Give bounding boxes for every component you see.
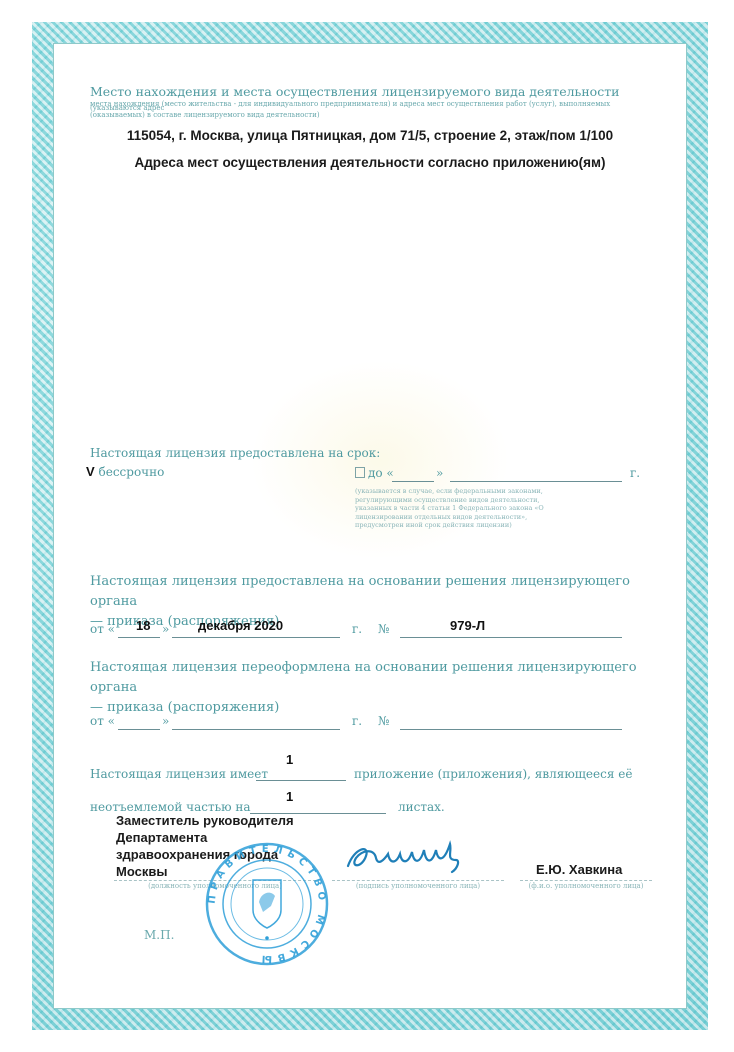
location-heading-note-cont: места нахождения (место жительства - для… — [90, 99, 660, 121]
granted-date-line — [172, 637, 340, 638]
granted-number-label: № — [378, 622, 389, 636]
caption-name: (ф.и.о. уполномоченного лица) — [520, 882, 652, 890]
until-year-suffix: г. — [630, 466, 640, 480]
granted-year-suffix: г. — [352, 622, 362, 636]
until-quote-close: » — [436, 466, 443, 480]
granted-text-line2: — приказа (распоряжения) — [90, 612, 650, 632]
reissued-number-line — [400, 729, 622, 730]
granted-text-line1: Настоящая лицензия предоставлена на осно… — [90, 572, 650, 612]
reissued-text: Настоящая лицензия переоформлена на осно… — [90, 658, 650, 718]
granted-number-line — [400, 637, 622, 638]
addresses-note: Адреса мест осуществления деятельности с… — [90, 155, 650, 170]
signatory-name: Е.Ю. Хавкина — [536, 862, 622, 877]
granted-month-year: декабря 2020 — [198, 618, 283, 633]
position-line-1: Заместитель руководителя — [116, 812, 294, 829]
appendix-count: 1 — [286, 752, 293, 767]
checkbox-until-icon[interactable] — [355, 467, 365, 478]
address: 115054, г. Москва, улица Пятницкая, дом … — [90, 128, 650, 143]
watermark — [250, 360, 510, 560]
appendix-line1-suffix: приложение (приложения), являющееся её — [354, 767, 632, 781]
until-prefix: до « — [368, 466, 394, 480]
until-note: (указывается в случае, если федеральными… — [355, 487, 545, 530]
caption-signature: (подпись уполномоченного лица) — [332, 882, 504, 890]
reissued-text-line2: — приказа (распоряжения) — [90, 698, 650, 718]
seal-label: М.П. — [144, 928, 174, 942]
granted-from-label: от « — [90, 622, 115, 636]
appendix-line2-suffix: листах. — [398, 800, 445, 814]
location-heading-text: Место нахождения и места осуществления л… — [90, 84, 619, 99]
granted-text: Настоящая лицензия предоставлена на осно… — [90, 572, 650, 632]
granted-day: 18 — [136, 618, 150, 633]
signature — [340, 838, 490, 874]
granted-quote-close: » — [162, 622, 169, 636]
term-label: Настоящая лицензия предоставлена на срок… — [90, 446, 380, 460]
until-date-line — [450, 481, 622, 482]
appendix-line1-prefix: Настоящая лицензия имеет — [90, 767, 268, 781]
reissued-text-line1: Настоящая лицензия переоформлена на осно… — [90, 658, 650, 698]
reissued-date-line — [172, 729, 340, 730]
name-line — [520, 880, 652, 881]
official-stamp: ПРАВИТЕЛЬСТВО МОСКВЫ — [205, 842, 329, 966]
term-unlimited-label: бессрочно — [99, 465, 165, 479]
appendix-sheets: 1 — [286, 789, 293, 804]
reissued-day-line — [118, 729, 160, 730]
checkbox-unlimited-checked-icon[interactable]: V — [86, 464, 95, 479]
reissued-from-label: от « — [90, 714, 115, 728]
appendix-count-line — [256, 780, 346, 781]
granted-day-line — [118, 637, 160, 638]
term-until[interactable]: до « — [355, 466, 655, 480]
reissued-number-label: № — [378, 714, 389, 728]
granted-number: 979-Л — [450, 618, 485, 633]
reissued-year-suffix: г. — [352, 714, 362, 728]
until-day-line — [392, 481, 434, 482]
signature-line — [332, 880, 504, 881]
term-unlimited[interactable]: V бессрочно — [86, 464, 164, 479]
reissued-quote-close: » — [162, 714, 169, 728]
